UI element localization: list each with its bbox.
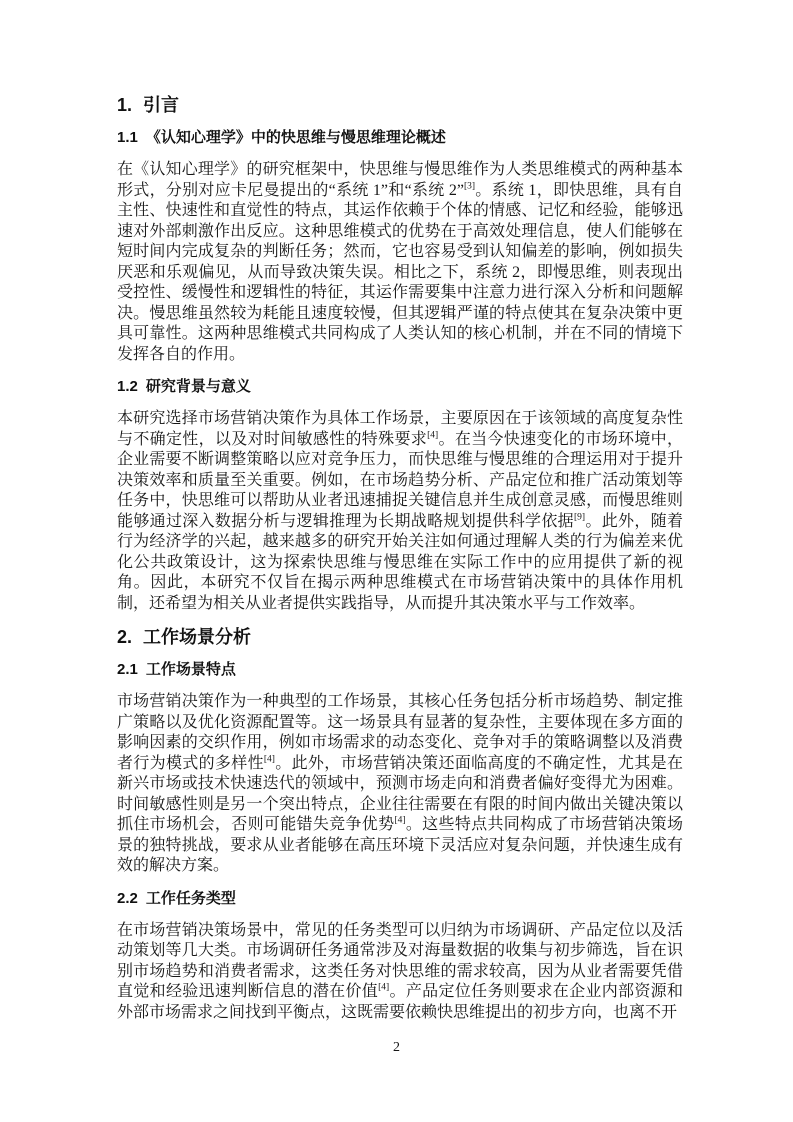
heading-title: 工作任务类型 [146, 890, 236, 907]
citation-ref: [9] [574, 512, 585, 522]
heading-number: 2.1 [117, 661, 138, 678]
heading-number: 1.1 [117, 129, 138, 146]
heading-title: 工作场景特点 [146, 661, 236, 678]
section-heading: 1.引言 [117, 95, 683, 116]
heading-title: 《认知心理学》中的快思维与慢思维理论概述 [146, 129, 446, 146]
heading-title: 研究背景与意义 [146, 378, 251, 395]
subsection-heading: 2.2工作任务类型 [117, 890, 683, 908]
heading-number: 1. [117, 95, 132, 115]
citation-ref: [4] [427, 430, 438, 440]
paragraph: 本研究选择市场营销决策作为具体工作场景，主要原因在于该领域的高度复杂性与不确定性… [117, 409, 683, 614]
section-heading: 2.工作场景分析 [117, 627, 683, 648]
page-number: 2 [0, 1040, 793, 1056]
subsection-heading: 1.1《认知心理学》中的快思维与慢思维理论概述 [117, 129, 683, 147]
document-page: 1.引言1.1《认知心理学》中的快思维与慢思维理论概述在《认知心理学》的研究框架… [0, 0, 793, 1122]
heading-number: 2. [117, 627, 132, 647]
citation-ref: [3] [464, 181, 475, 191]
document-content: 1.引言1.1《认知心理学》中的快思维与慢思维理论概述在《认知心理学》的研究框架… [117, 95, 683, 1036]
paragraph: 在《认知心理学》的研究框架中，快思维与慢思维作为人类思维模式的两种基本形式，分别… [117, 160, 683, 365]
citation-ref: [4] [378, 983, 389, 993]
heading-title: 工作场景分析 [143, 627, 251, 647]
heading-title: 引言 [143, 95, 179, 115]
paragraph: 在市场营销决策场景中，常见的任务类型可以归纳为市场调研、产品定位以及活动策划等几… [117, 921, 683, 1024]
citation-ref: [4] [394, 816, 405, 826]
paragraph: 市场营销决策作为一种典型的工作场景，其核心任务包括分析市场趋势、制定推广策略以及… [117, 692, 683, 877]
citation-ref: [4] [264, 754, 275, 764]
heading-number: 1.2 [117, 378, 138, 395]
subsection-heading: 2.1工作场景特点 [117, 661, 683, 679]
heading-number: 2.2 [117, 890, 138, 907]
subsection-heading: 1.2研究背景与意义 [117, 378, 683, 396]
